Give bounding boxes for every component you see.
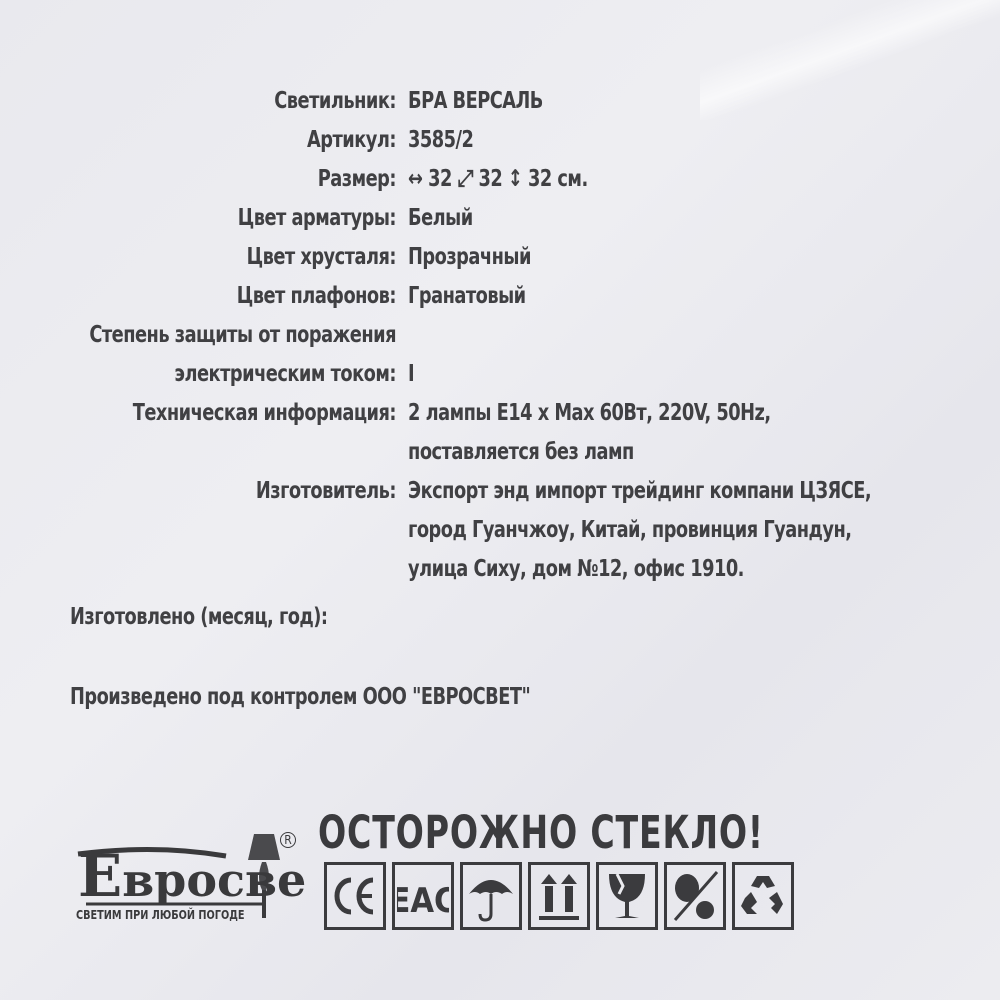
manufacturer-line-3: улица Сиху, дом №12, офис 1910. [408,556,871,595]
spec-value: Гранатовый [396,283,526,309]
ce-mark-icon [324,862,386,930]
spec-label: Светильник: [55,88,396,114]
svg-text:EAC: EAC [397,881,449,921]
evrosvet-logo: Евросве R СВЕТИМ ПРИ ЛЮБОЙ ПОГОДЕ [76,828,296,928]
spec-row-crystal-color: Цвет хрусталя: Прозрачный [0,244,1000,283]
fragile-glass-icon [596,862,658,930]
spec-row-tech: Техническая информация: 2 лампы E14 x Ma… [0,400,1000,478]
this-side-up-arrows-icon [528,862,590,930]
made-date-label: Изготовлено (месяц, год): [70,604,328,630]
spec-value: Экспорт энд импорт трейдинг компани ЦЗЯС… [396,478,871,595]
do-not-step-icon [664,862,726,930]
spec-label: Цвет арматуры: [55,205,396,231]
spec-label: Размер: [55,166,396,192]
brand-tagline: СВЕТИМ ПРИ ЛЮБОЙ ПОГОДЕ [76,908,245,922]
symbol-row: EAC [324,862,794,930]
spec-label: электрическим током: [55,361,396,387]
eac-mark-icon: EAC [392,862,454,930]
spec-value: БРА ВЕРСАЛЬ [396,88,543,114]
spec-table: Светильник: БРА ВЕРСАЛЬ Артикул: 3585/2 … [0,88,1000,595]
spec-label: Артикул: [55,127,396,153]
spec-label: Цвет плафонов: [55,283,396,309]
spec-value: ↔ 32 ⤢ 32 ↕ 32 см. [396,166,588,192]
tech-line-1: 2 лампы E14 x Max 60Вт, 220V, 50Hz, [408,400,771,439]
spec-value: 3585/2 [396,127,473,153]
spec-row-article: Артикул: 3585/2 [0,127,1000,166]
spec-row-manufacturer: Изготовитель: Экспорт энд импорт трейдин… [0,478,1000,595]
spec-row-frame-color: Цвет арматуры: Белый [0,205,1000,244]
spec-value: Белый [396,205,473,231]
spec-label: Цвет хрусталя: [55,244,396,270]
spec-value: 2 лампы E14 x Max 60Вт, 220V, 50Hz, пост… [396,400,771,478]
manufacturer-line-2: город Гуанчжоу, Китай, провинция Гуандун… [408,517,871,556]
spec-label: Техническая информация: [55,400,396,426]
recycle-icon [732,862,794,930]
spec-row-size: Размер: ↔ 32 ⤢ 32 ↕ 32 см. [0,166,1000,205]
spec-label: Изготовитель: [55,478,396,504]
spec-row-fixture: Светильник: БРА ВЕРСАЛЬ [0,88,1000,127]
registered-mark: R [280,832,296,848]
manufacturer-line-1: Экспорт энд импорт трейдинг компани ЦЗЯС… [408,478,871,517]
tech-line-2: поставляется без ламп [408,439,771,478]
fragile-warning: ОСТОРОЖНО СТЕКЛО! [318,806,764,859]
spec-row-shade-color: Цвет плафонов: Гранатовый [0,283,1000,322]
spec-label: Степень защиты от поражения [55,322,396,348]
brand-name: Евросве [78,842,306,910]
spec-row-protection-line1: Степень защиты от поражения [0,322,1000,361]
spec-value: Прозрачный [396,244,531,270]
spec-value: I [396,361,414,387]
control-note: Произведено под контролем ООО "ЕВРОСВЕТ" [70,684,530,710]
keep-dry-umbrella-icon [460,862,522,930]
spec-row-protection: электрическим током: I [0,361,1000,400]
